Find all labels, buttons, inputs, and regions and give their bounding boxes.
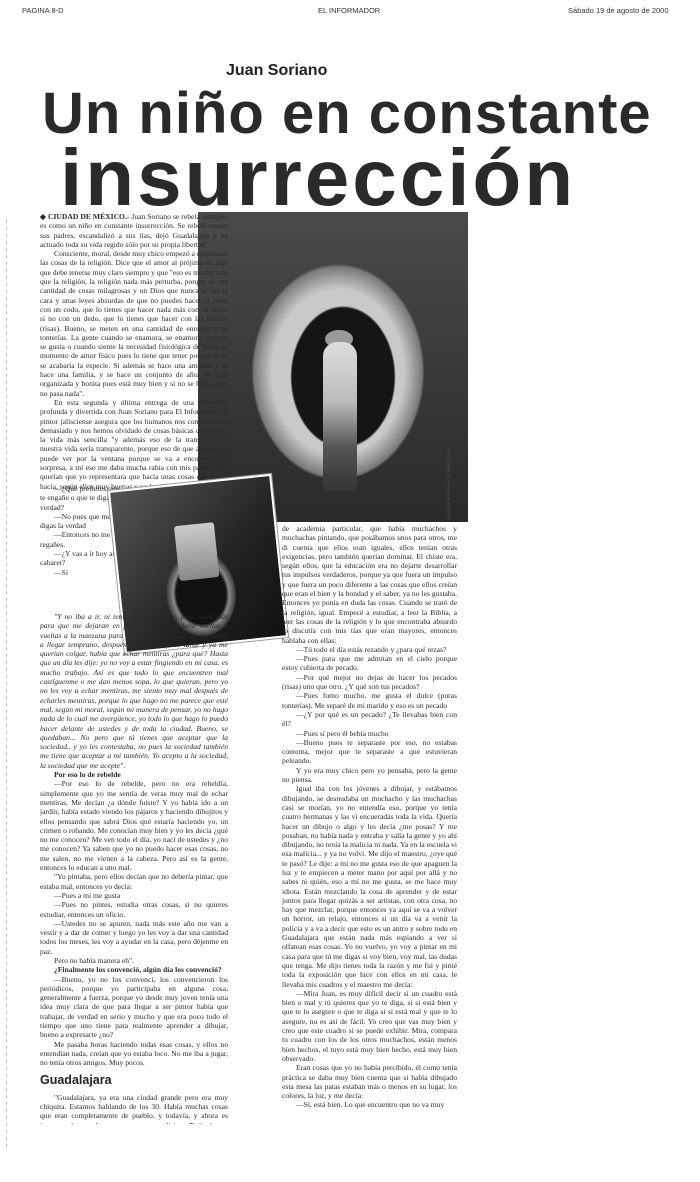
paragraph: —¿Y por qué es un pecado? ¿Te llevabas b… bbox=[282, 710, 457, 729]
paragraph: —Pues fumo mucho, me gusta el dulce (pur… bbox=[282, 691, 457, 710]
paragraph: "Yo pintaba, pero ellos decían que no de… bbox=[40, 872, 228, 891]
paragraph: Igual iba con los jóvenes a dibujar, y e… bbox=[282, 784, 457, 989]
article-column-2: de academia particular, que había muchac… bbox=[282, 524, 457, 1124]
lede-paragraph: ◆ CIUDAD DE MÉXICO.- Juan Soriano se reb… bbox=[40, 212, 228, 249]
paragraph: —Mira Juan, es muy difícil decir si un c… bbox=[282, 989, 457, 1063]
paragraph: —Bueno, yo no los convencí, los convenci… bbox=[40, 975, 228, 1040]
margin-rule bbox=[6, 220, 7, 1150]
paragraph: Me pasaba horas haciendo todas esas cosa… bbox=[40, 1040, 228, 1068]
paragraph: —Ustedes no se apuren, nada más este año… bbox=[40, 919, 228, 956]
paragraph: —Tú todo el día estás rezando y ¿para qu… bbox=[282, 645, 457, 654]
photo-figure-body bbox=[323, 342, 357, 492]
paragraph: —Por eso lo de rebelde, pero no era rebe… bbox=[40, 779, 228, 872]
paragraph: —Pues a mí me gusta bbox=[40, 891, 228, 900]
section-heading-guadalajara: Guadalajara bbox=[40, 1076, 228, 1085]
paragraph: —Por qué mejor no dejas de hacer los pec… bbox=[282, 673, 457, 692]
paragraph: —Pues para que me admitan en el cielo po… bbox=[282, 654, 457, 673]
paragraph: Consciente, moral, desde muy chico empez… bbox=[40, 249, 228, 398]
paragraph: —Entonces no me regañes. bbox=[40, 530, 120, 549]
question: Por eso lo de rebelde bbox=[40, 770, 228, 779]
issue-date: Sábado 19 de agosto de 2000 bbox=[568, 6, 669, 15]
paragraph: —No pues que me digas la verdad bbox=[40, 512, 120, 531]
paragraph: Y yo era muy chico pero yo pensaba, pero… bbox=[282, 766, 457, 785]
paragraph: "Guadalajara, ya era una ciudad grande p… bbox=[40, 1093, 228, 1124]
paragraph: —Pues sí pero él bebía mucho bbox=[282, 729, 457, 738]
byline: Juan Soriano bbox=[226, 62, 327, 80]
paragraph: de academia particular, que había muchac… bbox=[282, 524, 457, 645]
page-folio: PAGINA 8-D EL INFORMADOR Sábado 19 de ag… bbox=[0, 6, 700, 20]
paragraph: —Sí, está bien. Lo que encuentro que no … bbox=[282, 1100, 457, 1109]
paragraph: Eran cosas que yo no había percibido, él… bbox=[282, 1063, 457, 1100]
paragraph: —Sí bbox=[40, 568, 120, 577]
article-column-1-continued: "Y no iba a ir, ni tenía dinero para ir,… bbox=[40, 612, 228, 1124]
paragraph: "Y no iba a ir, ni tenía dinero para ir,… bbox=[40, 612, 228, 770]
headline-line-2: insurrección bbox=[60, 132, 576, 224]
photo-credit: CORTESÍA DE ARCHIVO DE JUAN SORIANO bbox=[447, 340, 453, 520]
page-number: PAGINA 8-D bbox=[22, 6, 64, 15]
dateline: ◆ CIUDAD DE MÉXICO.- bbox=[40, 212, 129, 221]
photo-sculpture-ring bbox=[198, 212, 468, 522]
photo-object bbox=[174, 522, 220, 581]
paragraph: En esta segunda y última entrega de una … bbox=[40, 398, 228, 491]
paragraph: —Bueno pues te separaste por eso, no est… bbox=[282, 738, 457, 766]
paragraph: —Pues no pintes, estudia otras cosas, si… bbox=[40, 900, 228, 919]
newspaper-name: EL INFORMADOR bbox=[318, 6, 380, 15]
paragraph: —¿Y vas a ir hoy al cabaret? bbox=[40, 549, 120, 568]
paragraph: Pero no había manera eh". bbox=[40, 956, 228, 965]
question: ¿Finalmente los convenció, algún día los… bbox=[40, 965, 228, 974]
article-column-1: ◆ CIUDAD DE MÉXICO.- Juan Soriano se reb… bbox=[40, 212, 228, 491]
